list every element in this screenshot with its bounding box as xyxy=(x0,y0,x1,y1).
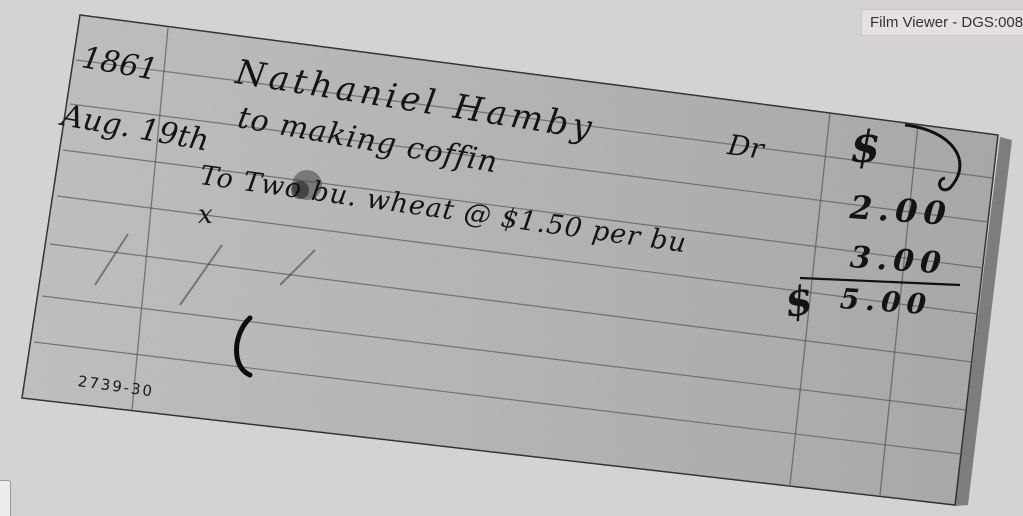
total-amount: 5.00 xyxy=(839,282,933,321)
debtor-suffix-text: Dr xyxy=(726,128,766,166)
film-viewer-canvas[interactable]: 1861 Nathaniel Hamby Dr Aug. 19th to mak… xyxy=(0,0,1023,516)
window-title-label: Film Viewer - DGS:008 xyxy=(861,9,1023,36)
line-item-1-amount: 2.00 xyxy=(849,188,953,233)
line-item-2-amount: 3.00 xyxy=(849,240,948,282)
panel-toggle-button[interactable] xyxy=(0,480,11,516)
cross-mark-text: x xyxy=(198,200,213,230)
currency-mark: $ xyxy=(850,122,881,173)
